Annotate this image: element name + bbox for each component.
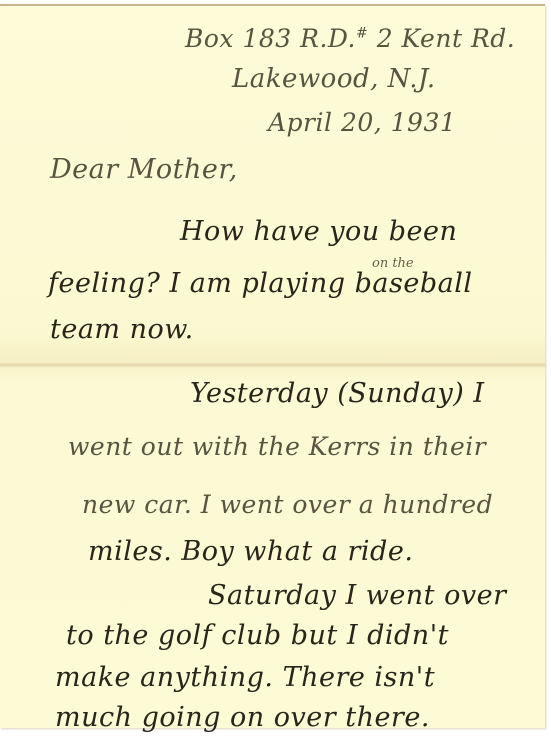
address-number-sign: # bbox=[356, 26, 368, 42]
body-line-8: Saturday I went over bbox=[208, 580, 507, 611]
body-line-9: to the golf club but I didn't bbox=[66, 620, 449, 651]
body-line-3: team now. bbox=[50, 314, 194, 345]
address-line-2: Lakewood, N.J. bbox=[232, 64, 436, 94]
salutation: Dear Mother, bbox=[50, 154, 238, 185]
address-line-1: Box 183 R.D.# 2 Kent Rd. bbox=[185, 24, 515, 53]
body-line-7: miles. Boy what a ride. bbox=[88, 536, 413, 567]
body-line-6: new car. I went over a hundred bbox=[82, 490, 493, 519]
letter-date: April 20, 1931 bbox=[268, 108, 456, 137]
body-line-5: went out with the Kerrs in their bbox=[68, 432, 486, 461]
address-road: 2 Kent Rd. bbox=[377, 24, 516, 53]
letter-paper: Box 183 R.D.# 2 Kent Rd. Lakewood, N.J. … bbox=[0, 4, 545, 728]
body-line-4: Yesterday (Sunday) I bbox=[190, 378, 485, 409]
body-line-11: much going on over there. bbox=[55, 702, 430, 733]
address-box-rd: Box 183 R.D. bbox=[185, 24, 356, 53]
body-line-1: How have you been bbox=[180, 216, 457, 247]
body-line-10: make anything. There isn't bbox=[55, 662, 435, 693]
body-line-2: feeling? I am playing baseball bbox=[48, 268, 473, 299]
fold-crease bbox=[0, 362, 545, 368]
